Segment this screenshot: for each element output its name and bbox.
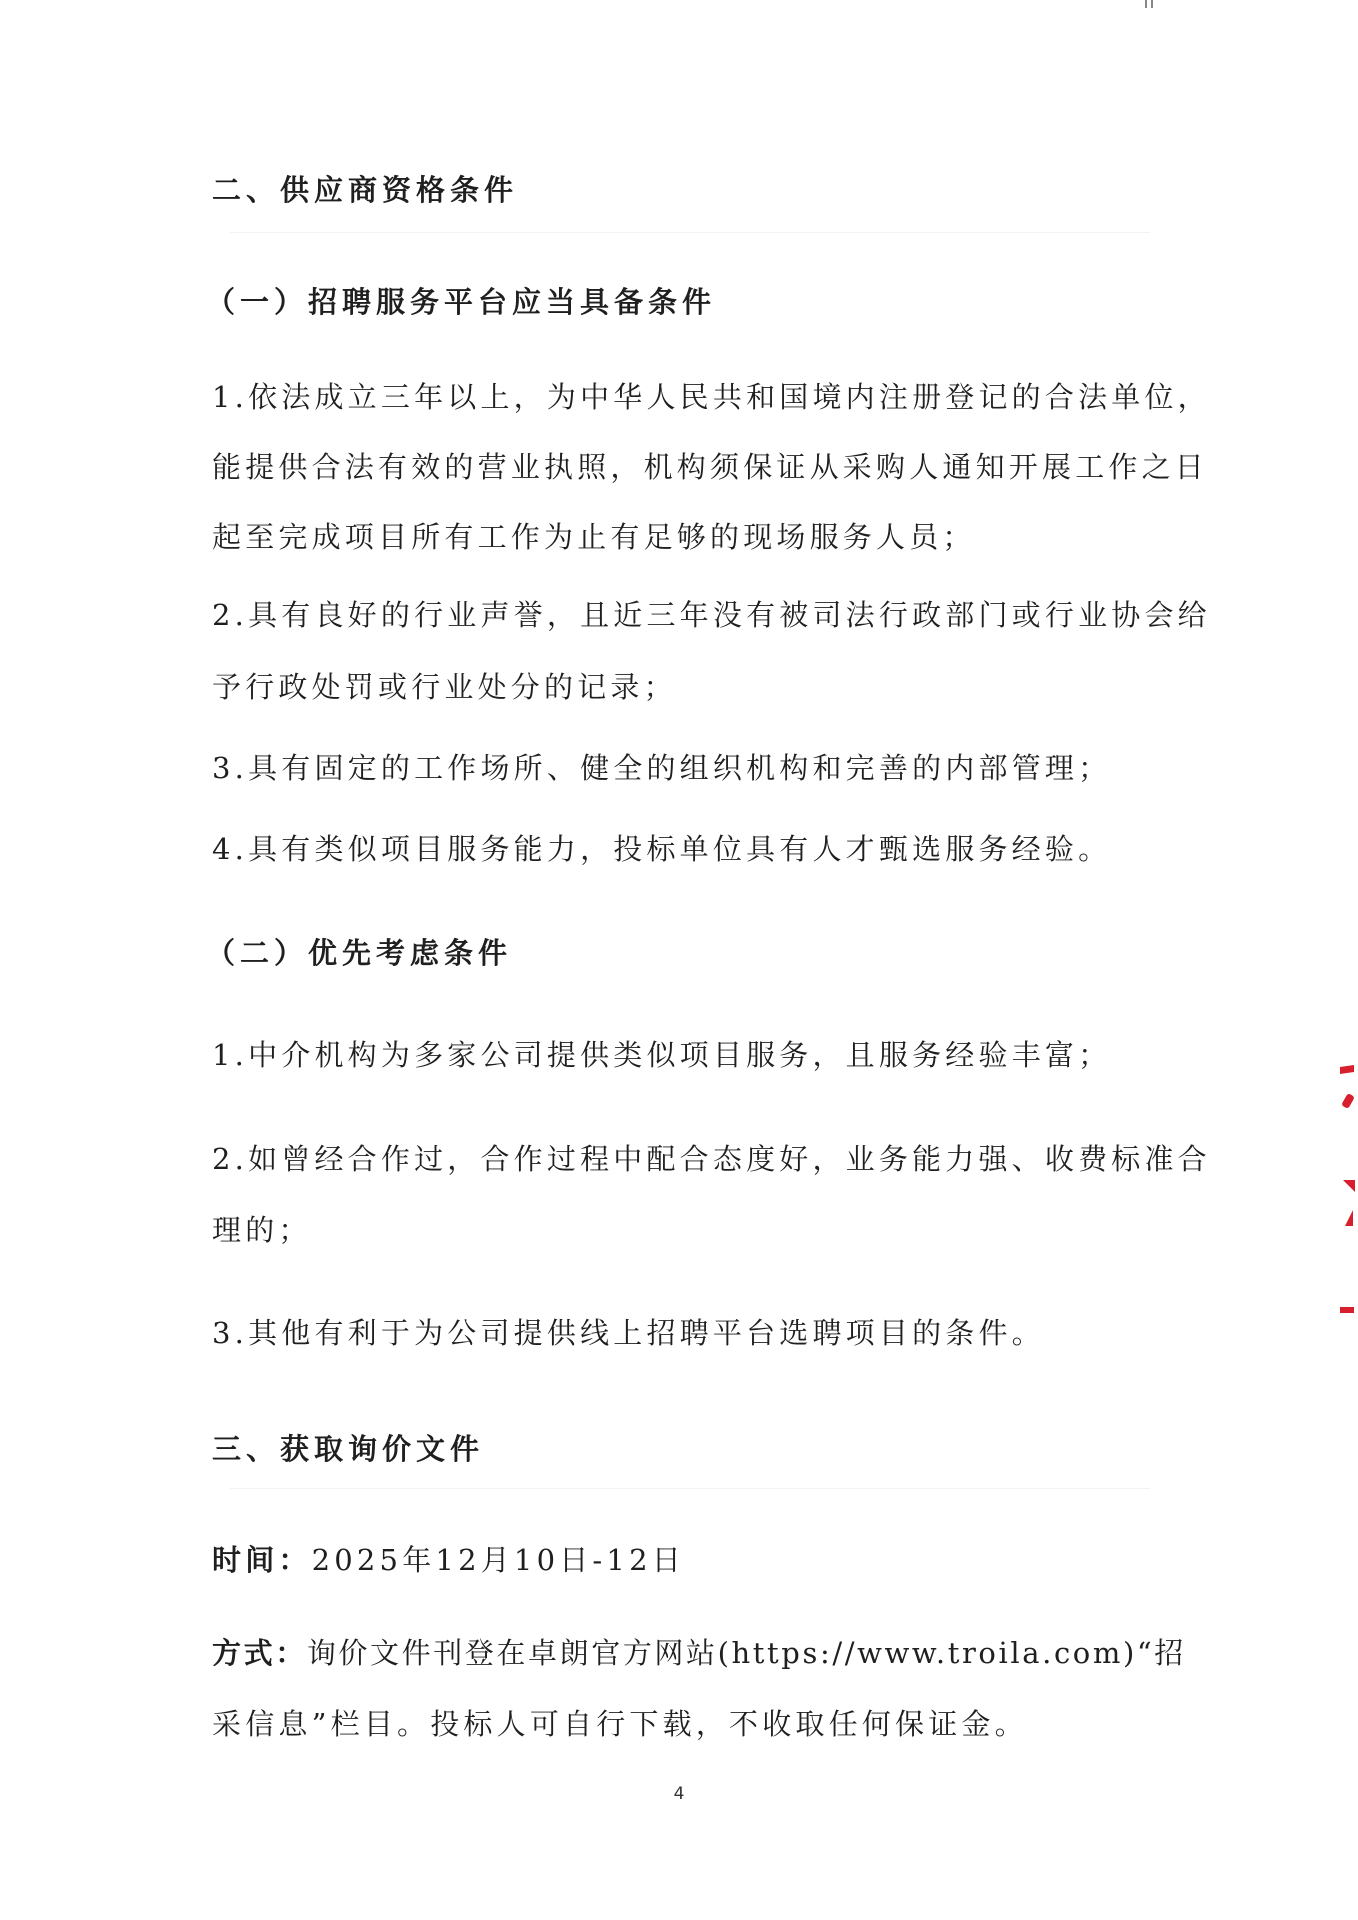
requirement-1-line-1: 1.依法成立三年以上，为中华人民共和国境内注册登记的合法单位， [212,379,1211,415]
method-label: 方式： [212,1636,307,1670]
requirement-2-line-1: 2.具有良好的行业声誉，且近三年没有被司法行政部门或行业协会给 [212,597,1211,633]
preferred-1: 1.中介机构为多家公司提供类似项目服务，且服务经验丰富； [212,1037,1111,1073]
method-text-line-1: 询价文件刊登在卓朗官方网站(https://www.troila.com)“招 [307,1636,1186,1670]
scan-artifact-line [230,232,1150,233]
requirement-2-line-2: 予行政处罚或行业处分的记录； [212,669,677,705]
preferred-3: 3.其他有利于为公司提供线上招聘平台选聘项目的条件。 [212,1315,1045,1351]
time-row: 时间：2025年12月10日-12日 [212,1542,685,1578]
scan-artifact-line [230,1488,1150,1489]
preferred-2-line-2: 理的； [212,1212,312,1248]
requirement-3: 3.具有固定的工作场所、健全的组织机构和完善的内部管理； [212,750,1111,786]
document-page: 二、供应商资格条件 （一）招聘服务平台应当具备条件 1.依法成立三年以上，为中华… [0,0,1358,1920]
time-value: 2025年12月10日-12日 [312,1543,685,1577]
section-heading-supplier-qualifications: 二、供应商资格条件 [212,172,518,208]
requirement-1-line-2: 能提供合法有效的营业执照，机构须保证从采购人通知开展工作之日 [212,449,1208,485]
method-text-line-2: 采信息”栏目。投标人可自行下载，不收取任何保证金。 [212,1706,1028,1742]
requirement-4: 4.具有类似项目服务能力，投标单位具有人才甄选服务经验。 [212,831,1111,867]
subsection-heading-preferred-conditions: （二）优先考虑条件 [206,935,512,971]
subsection-heading-platform-requirements: （一）招聘服务平台应当具备条件 [206,284,716,320]
section-heading-obtain-documents: 三、获取询价文件 [212,1431,484,1467]
page-number: 4 [0,1784,1358,1804]
binding-mark [1145,0,1153,8]
preferred-2-line-1: 2.如曾经合作过，合作过程中配合态度好，业务能力强、收费标准合 [212,1141,1211,1177]
requirement-1-line-3: 起至完成项目所有工作为止有足够的现场服务人员； [212,519,976,555]
method-row-line-1: 方式：询价文件刊登在卓朗官方网站(https://www.troila.com)… [212,1635,1186,1671]
time-label: 时间： [212,1543,312,1577]
